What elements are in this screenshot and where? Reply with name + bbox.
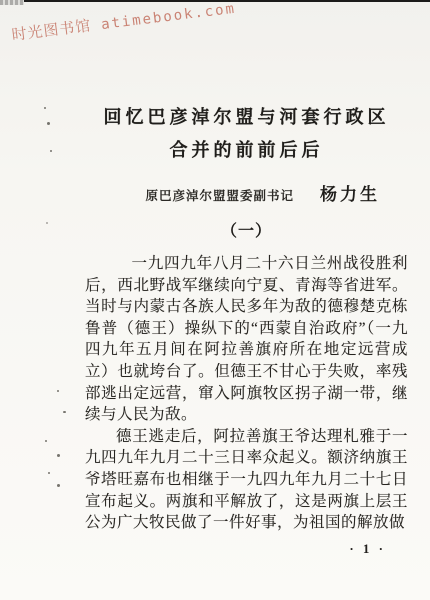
watermark-cn-text: 时光图书馆 — [11, 17, 92, 44]
ink-speck — [63, 411, 66, 413]
article-title-line-2: 合并的前前后后 — [85, 134, 408, 167]
ink-speck — [57, 454, 60, 457]
article-title-line-1: 回忆巴彦淖尔盟与河套行政区 — [85, 101, 408, 134]
section-marker: （一） — [85, 218, 408, 241]
ink-speck — [47, 122, 50, 125]
page-content: 回忆巴彦淖尔盟与河套行政区 合并的前前后后 原巴彦淖尔盟盟委副书记 杨力生 （一… — [85, 0, 408, 557]
byline: 原巴彦淖尔盟盟委副书记 杨力生 — [85, 180, 408, 205]
ink-speck — [50, 150, 52, 152]
ink-speck — [57, 484, 60, 487]
article-body: 一九四九年八月二十六日兰州战役胜利后，西北野战军继续向宁夏、青海等省进军。当时与… — [85, 253, 408, 534]
ink-speck — [48, 472, 50, 474]
byline-author-name: 杨力生 — [320, 185, 380, 204]
article-title: 回忆巴彦淖尔盟与河套行政区 合并的前前后后 — [85, 101, 408, 167]
ink-speck — [44, 107, 46, 109]
paragraph-1: 一九四九年八月二十六日兰州战役胜利后，西北野战军继续向宁夏、青海等省进军。当时与… — [85, 253, 408, 426]
scan-artifact-smudge — [0, 0, 24, 5]
byline-author-role: 原巴彦淖尔盟盟委副书记 — [145, 189, 294, 203]
ink-speck — [45, 440, 47, 442]
page-number: · 1 · — [85, 541, 408, 557]
ink-speck — [57, 390, 59, 392]
ink-speck — [46, 222, 48, 224]
paragraph-2: 德王逃走后，阿拉善旗王爷达理札雅于一九四九年九月二十三日率众起义。额济纳旗王爷塔… — [85, 426, 408, 534]
